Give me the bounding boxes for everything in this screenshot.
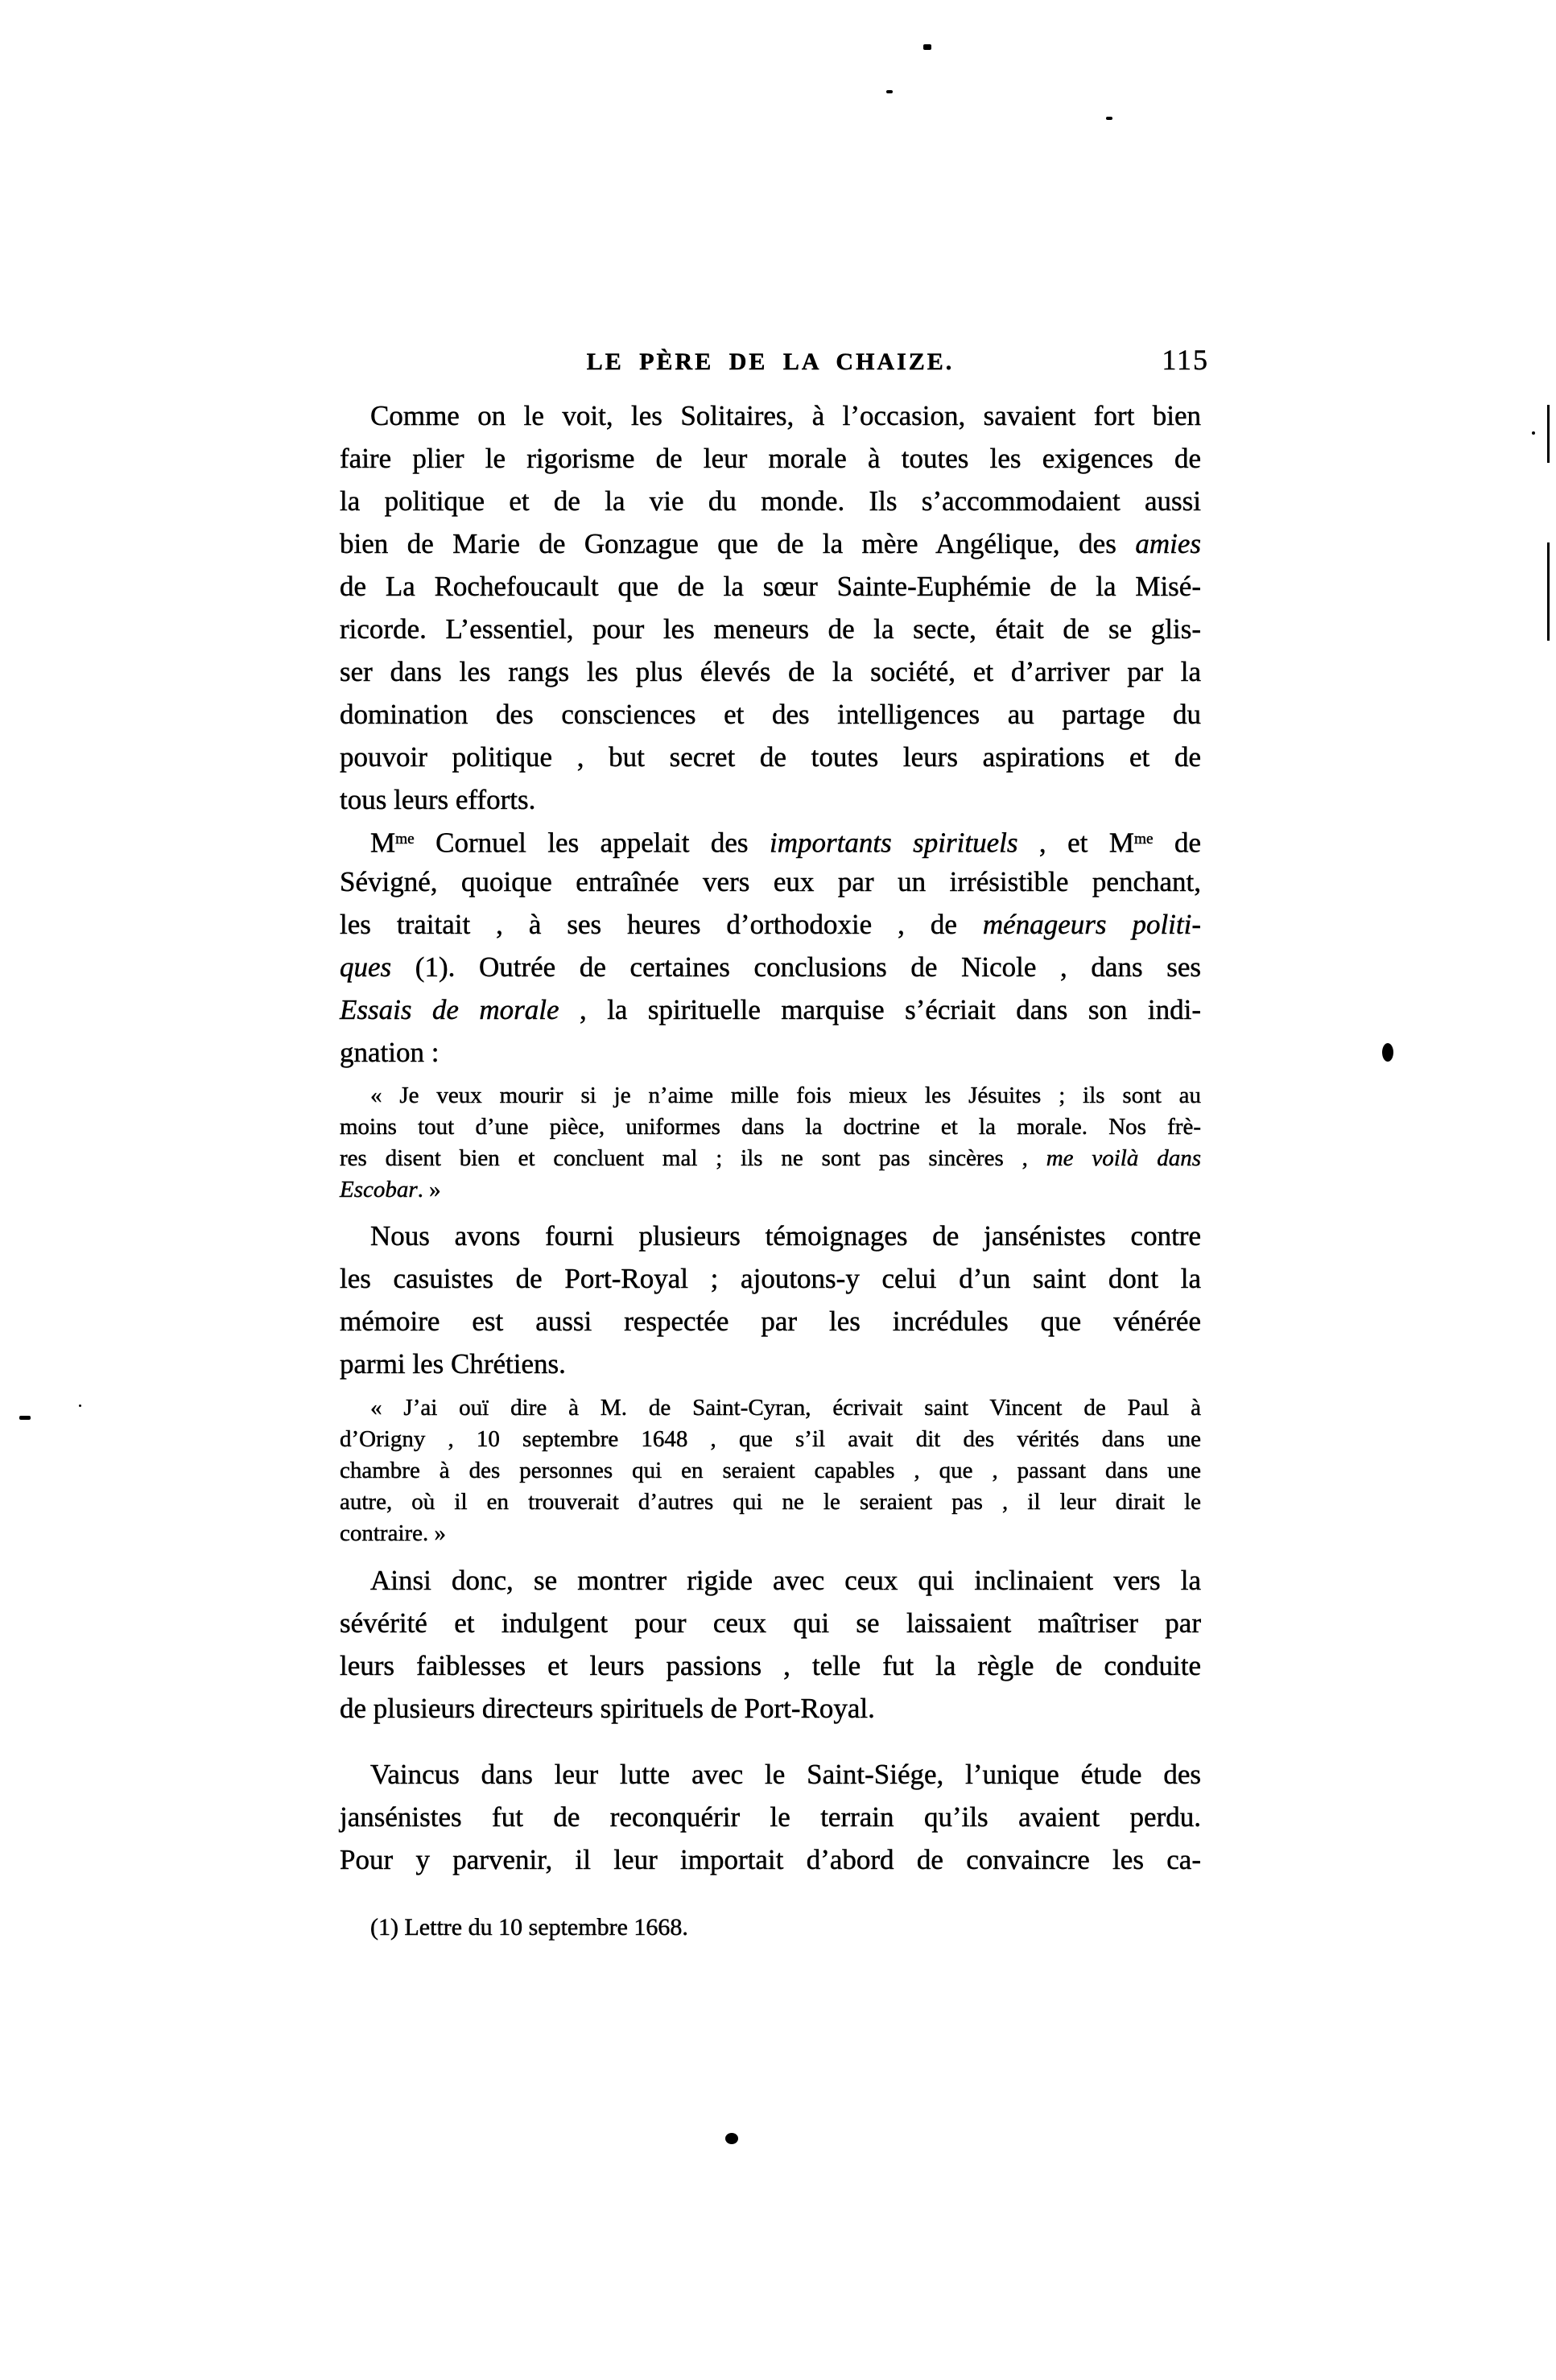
text-line: faire plier le rigorisme de leur morale …	[340, 437, 1201, 480]
scan-speck	[1532, 431, 1535, 435]
blockquote-2: « J’ai ouï dire à M. de Saint-Cyran, écr…	[340, 1392, 1201, 1549]
paragraph-5: Vaincus dans leur lutte avec le Saint-Si…	[340, 1753, 1201, 1881]
text-line: moins tout d’une pièce, uniformes dans l…	[340, 1112, 1201, 1143]
text-line: bien de Marie de Gonzague que de la mère…	[340, 522, 1201, 565]
text-line: sévérité et indulgent pour ceux qui se l…	[340, 1602, 1201, 1644]
text-line: domination des consciences et des intell…	[340, 693, 1201, 736]
blockquote-1: « Je veux mourir si je n’aime mille fois…	[340, 1080, 1201, 1206]
footnote: (1) Lettre du 10 septembre 1668.	[340, 1912, 1232, 1944]
scan-speck	[19, 1416, 31, 1420]
text-line: parmi les Chrétiens.	[340, 1343, 1201, 1385]
text-line: leurs faiblesses et leurs passions , tel…	[340, 1644, 1201, 1687]
text-line: Nous avons fourni plusieurs témoignages …	[340, 1215, 1201, 1257]
text-line: Ainsi donc, se montrer rigide avec ceux …	[340, 1559, 1201, 1602]
book-page: LE PÈRE DE LA CHAIZE. 115 Comme on le vo…	[0, 0, 1556, 2380]
ink-spot	[1382, 1043, 1393, 1062]
scan-margin-line	[1547, 405, 1550, 463]
text-line: « Je veux mourir si je n’aime mille fois…	[340, 1080, 1201, 1112]
paragraph-3: Nous avons fourni plusieurs témoignages …	[340, 1215, 1201, 1385]
text-line: de plusieurs directeurs spirituels de Po…	[340, 1687, 1201, 1730]
text-line: tous leurs efforts.	[340, 778, 1201, 821]
text-line: de La Rochefoucault que de la sœur Saint…	[340, 565, 1201, 608]
paragraph-1: Comme on le voit, les Solitaires, à l’oc…	[340, 394, 1201, 821]
text-line: ques (1). Outrée de certaines conclusion…	[340, 946, 1201, 988]
text-line: mémoire est aussi respectée par les incr…	[340, 1300, 1201, 1343]
scan-speck	[1106, 117, 1112, 120]
text-line: contraire. »	[340, 1518, 1201, 1549]
text-line: la politique et de la vie du monde. Ils …	[340, 480, 1201, 522]
scan-speck	[923, 44, 931, 50]
text-line: Vaincus dans leur lutte avec le Saint-Si…	[340, 1753, 1201, 1796]
text-line: Escobar. »	[340, 1174, 1201, 1206]
paragraph-4: Ainsi donc, se montrer rigide avec ceux …	[340, 1559, 1201, 1730]
text-line: res disent bien et concluent mal ; ils n…	[340, 1143, 1201, 1174]
paragraph-2: Mme Cornuel les appelait des importants …	[340, 818, 1201, 1074]
running-title: LE PÈRE DE LA CHAIZE.	[340, 346, 1201, 378]
text-line: Comme on le voit, les Solitaires, à l’oc…	[340, 394, 1201, 437]
page-number: 115	[1162, 344, 1209, 376]
text-line: d’Origny , 10 septembre 1648 , que s’il …	[340, 1424, 1201, 1455]
page-header: LE PÈRE DE LA CHAIZE. 115	[340, 346, 1201, 383]
text-line: gnation :	[340, 1031, 1201, 1074]
scan-speck	[79, 1404, 81, 1407]
text-line: jansénistes fut de reconquérir le terrai…	[340, 1796, 1201, 1838]
ink-spot	[725, 2133, 738, 2144]
text-line: Pour y parvenir, il leur importait d’abo…	[340, 1838, 1201, 1881]
text-line: les casuistes de Port-Royal ; ajoutons-y…	[340, 1257, 1201, 1300]
scan-speck	[886, 90, 893, 93]
text-line: Essais de morale , la spirituelle marqui…	[340, 988, 1201, 1031]
footnote-text: (1) Lettre du 10 septembre 1668.	[370, 1914, 688, 1941]
text-line: les traitait , à ses heures d’orthodoxie…	[340, 903, 1201, 946]
text-line: chambre à des personnes qui en seraient …	[340, 1455, 1201, 1487]
text-line: Mme Cornuel les appelait des importants …	[340, 818, 1201, 860]
text-line: Sévigné, quoique entraînée vers eux par …	[340, 860, 1201, 903]
text-line: autre, où il en trouverait d’autres qui …	[340, 1487, 1201, 1518]
scan-margin-line	[1547, 542, 1550, 641]
text-line: ricorde. L’essentiel, pour les meneurs d…	[340, 608, 1201, 650]
text-line: ser dans les rangs les plus élevés de la…	[340, 650, 1201, 693]
text-line: pouvoir politique , but secret de toutes…	[340, 736, 1201, 778]
text-line: « J’ai ouï dire à M. de Saint-Cyran, écr…	[340, 1392, 1201, 1424]
